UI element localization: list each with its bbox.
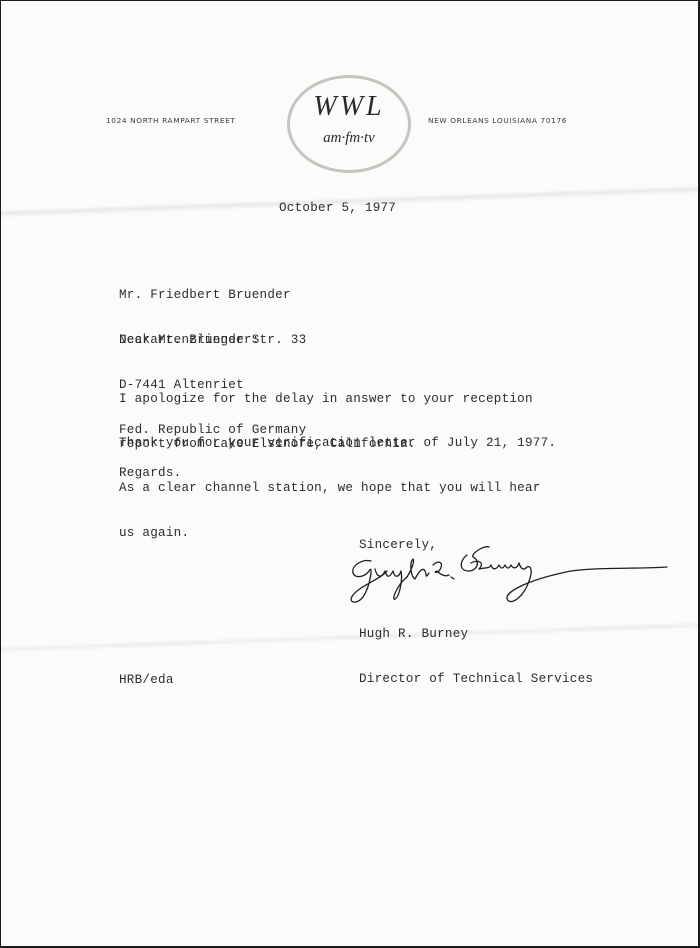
paragraph-line: As a clear channel station, we hope that… bbox=[119, 481, 556, 496]
station-logo: WWL am·fm·tv bbox=[287, 75, 411, 173]
paragraph-line: Thank you for your verification letter o… bbox=[119, 436, 556, 451]
regards-line: Regards. bbox=[119, 466, 181, 481]
letterhead-street-address: 1024 NORTH RAMPART STREET bbox=[106, 116, 235, 125]
logo-subtitle: am·fm·tv bbox=[287, 130, 411, 147]
logo-ellipse-icon bbox=[287, 75, 411, 173]
logo-callsign: WWL bbox=[287, 91, 411, 123]
recipient-line: Mr. Friedbert Bruender bbox=[119, 288, 306, 303]
reference-initials: HRB/eda bbox=[119, 673, 174, 688]
paragraph-line: us again. bbox=[119, 526, 556, 541]
letterhead-city-address: NEW ORLEANS LOUISIANA 70176 bbox=[428, 116, 567, 125]
paragraph-line: I apologize for the delay in answer to y… bbox=[119, 392, 533, 407]
signer-block: Hugh R. Burney Director of Technical Ser… bbox=[359, 597, 593, 717]
letter-date: October 5, 1977 bbox=[279, 201, 396, 216]
salutation: Dear Mr. Bruender: bbox=[119, 333, 260, 348]
letter-page: 1024 NORTH RAMPART STREET WWL am·fm·tv N… bbox=[1, 1, 699, 946]
signer-title: Director of Technical Services bbox=[359, 672, 593, 687]
signer-name: Hugh R. Burney bbox=[359, 627, 593, 642]
